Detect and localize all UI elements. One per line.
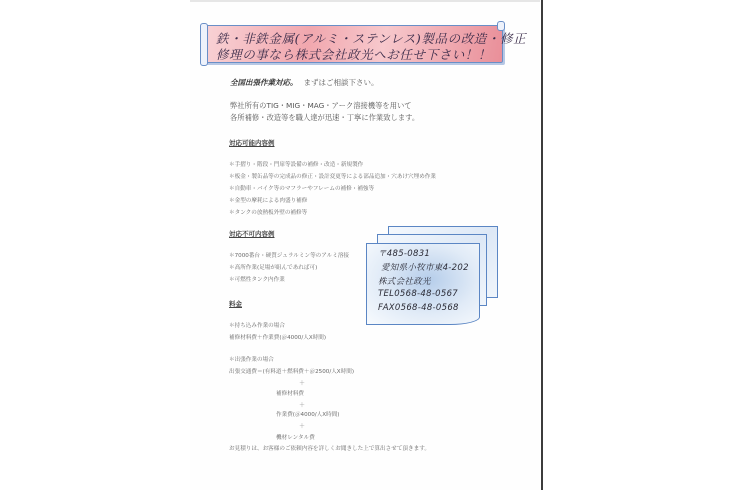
lead-rest: まずはご相談下さい。 [304,78,379,87]
estimate-note: お見積りは、お客様のご依頼内容を詳しくお聞きした上で算出させて頂きます。 [229,444,430,452]
plus-sign: ＋ [299,400,305,409]
impossible-item: ＊高所作業(足場が組んであれば可) [229,263,317,271]
impossible-item: ＊7000番台・硬質ジュラルミン等のアルミ溶接 [229,251,349,259]
address: 愛知県小牧市東4-202 [381,261,469,273]
onsite-item: 機材レンタル費 [276,433,315,441]
plus-sign: ＋ [299,378,305,387]
possible-item: ＊自動車・バイク等のマフラーやフレームの補修・補強等 [229,184,374,192]
onsite-formula: 出張交通費＝(有料道＋燃料費＋＠2500/人X時間) [229,367,354,375]
impossible-heading: 対応不可内容例 [229,229,275,238]
fax-number: FAX0568-48-0568 [378,303,459,313]
intro-line-2: 各所補修・改造等を職人達が迅速・丁寧に作業致します。 [230,113,419,123]
possible-heading: 対応可能内容例 [229,138,275,147]
plus-sign: ＋ [299,421,305,430]
possible-item: ＊タンクの放熱板外壁の補修等 [229,208,307,216]
lead-bold: 全国出張作業対応。 [230,78,298,87]
postal-code: 〒485-0831 [378,247,430,259]
contact-card: 〒485-0831 愛知県小牧市東4-202 株式会社政光 TEL0568-48… [366,226,496,326]
phone-number: TEL0568-48-0567 [378,289,458,299]
company-name: 株式会社政光 [378,275,431,287]
carry-in-title: ＊持ち込み作業の場合 [229,321,285,329]
possible-item: ＊金型の摩耗による肉盛り補修 [229,196,307,204]
onsite-item: 作業費(＠4000/人X時間) [276,410,339,418]
impossible-item: ＊可燃性タンク内作業 [229,275,285,283]
onsite-item: 補修材料費 [276,389,304,397]
possible-item: ＊手摺り・階段・門扉等設備の補修・改造・新規製作 [229,160,363,168]
page-edge-divider [541,0,543,490]
possible-item: ＊板金・製缶品等の完成品の修正・設計変更等による部品追加・穴あけ穴埋め作業 [229,172,436,180]
carry-in-formula: 補修材料費＋作業費(＠4000/人X時間) [229,333,326,341]
fees-heading: 料金 [229,299,242,308]
onsite-title: ＊出張作業の場合 [229,355,274,363]
scroll-roll-left-icon [200,23,208,66]
headline-banner: 鉄・非鉄金属(アルミ・ステンレス)製品の改造・修正 修理の事なら株式会社政光へお… [203,25,503,63]
lead-text: 全国出張作業対応。まずはご相談下さい。 [230,77,379,88]
banner-line-2: 修理の事なら株式会社政光へお任せ下さい！！ [216,45,491,63]
intro-line-1: 弊社所有のTIG・MIG・MAG・アーク溶接機等を用いて [230,101,412,111]
card-sheet-front: 〒485-0831 愛知県小牧市東4-202 株式会社政光 TEL0568-48… [366,243,480,325]
